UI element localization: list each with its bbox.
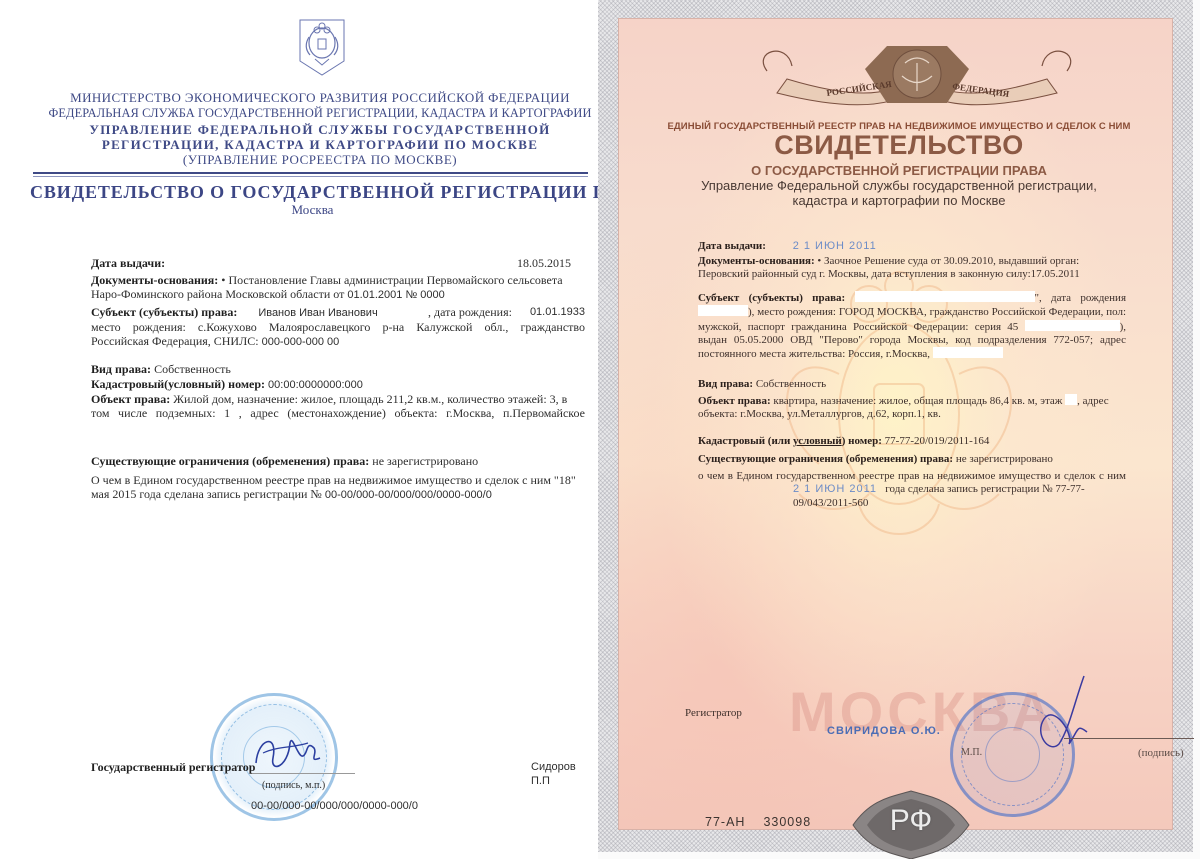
- cadastral-number: 77-77-20/019/2011-164: [885, 435, 990, 447]
- record-block: О чем в Едином государственном реестре п…: [91, 473, 585, 502]
- security-paper: МОСКВА РОССИЙСКАЯ ФЕДЕРАЦИЯ ЕДИНЫЙ ГОСУД…: [618, 18, 1173, 830]
- cadastral-number: 00:00:0000000:000: [268, 379, 363, 391]
- encumbrance-label: Существующие ограничения (обременения) п…: [91, 454, 369, 468]
- subject-birth-label: ", дата рождения: [1035, 292, 1126, 304]
- cadastral-row: Кадастровый (или условный) номер: 77-77-…: [698, 435, 1126, 448]
- encumbrance-value: не зарегистрировано: [956, 453, 1053, 465]
- header-divider: [33, 172, 588, 174]
- right-type-value: Собственность: [154, 362, 231, 376]
- signature-caption: (подпись, м.п.): [262, 779, 362, 793]
- service-name: ФЕДЕРАЛЬНАЯ СЛУЖБА ГОСУДАРСТВЕННОЙ РЕГИС…: [40, 106, 600, 121]
- blank-series: 77-АН: [705, 815, 745, 829]
- subject-label: Субъект (субъекты) права:: [698, 292, 845, 304]
- registrar-name: Сидоров П.П: [531, 760, 591, 788]
- object-line-1: Жилой дом, назначение: жилое, площадь 21…: [173, 392, 567, 406]
- issue-date-label: Дата выдачи:: [91, 256, 165, 270]
- encumbrance-row: Существующие ограничения (обременения) п…: [698, 453, 1126, 466]
- redacted-name: [855, 291, 1035, 302]
- record-line-2: мая 2015 года сделана запись регистрации…: [91, 487, 325, 501]
- right-type-label: Вид права:: [91, 362, 151, 376]
- department-line-2: кадастра и картографии по Москве: [659, 193, 1139, 208]
- registrar-label: Государственный регистратор: [91, 760, 255, 774]
- record-number: 00-00/000-00/000/000/0000-000/0: [325, 489, 492, 501]
- record-date-stamp: 2 1 ИЮН 2011: [793, 483, 877, 495]
- stamp-place-label: М.П.: [961, 747, 982, 758]
- redacted-floor: [1065, 394, 1077, 405]
- redacted-passport: [1025, 320, 1120, 331]
- registrar-row: Государственный регистратор Сидоров П.П: [91, 760, 591, 774]
- subject-citizenship: Российская Федерация, СНИЛС:: [91, 334, 262, 348]
- documents-line-2: Наро-Фоминского района Московской област…: [91, 287, 347, 301]
- blank-number: 330098: [763, 815, 811, 829]
- object-label: Объект права:: [91, 392, 170, 406]
- cadastral-label-underlined: условный: [793, 435, 842, 447]
- documents-label: Документы-основания:: [91, 273, 218, 287]
- redacted-birth-date: [698, 305, 748, 316]
- signature-icon: [1019, 674, 1099, 759]
- cadastral-row: Кадастровый(условный) номер: 00:00:00000…: [91, 377, 585, 392]
- cadastral-label: Кадастровый (или: [698, 435, 793, 447]
- encumbrance-label: Существующие ограничения (обременения) п…: [698, 453, 953, 465]
- certificate-title: СВИДЕТЕЛЬСТВО О ГОСУДАРСТВЕННОЙ РЕГИСТРА…: [30, 182, 595, 203]
- record-block: о чем в Едином государственном реестре п…: [698, 470, 1126, 510]
- registrar-label: Регистратор: [685, 707, 785, 720]
- subject-name: Иванов Иван Иванович: [258, 307, 377, 319]
- signature-line: [1064, 738, 1194, 739]
- encumbrance-value: не зарегистрировано: [372, 454, 478, 468]
- right-type-value: Собственность: [756, 378, 826, 390]
- right-type-row: Вид права: Собственность: [698, 378, 1126, 391]
- bottom-record-number: 00-00/000-00/000/000/0000-000/0: [251, 799, 451, 813]
- signature-label: (подпись): [1138, 747, 1184, 759]
- header-divider-thin: [33, 176, 588, 177]
- certificate-title: СВИДЕТЕЛЬСТВО: [659, 130, 1139, 161]
- coat-of-arms-icon: [297, 17, 347, 79]
- subject-label: Субъект (субъекты) права:: [91, 305, 237, 319]
- blank-serial: 77-АН330098: [705, 815, 811, 829]
- subject-birth-label: , дата рождения:: [428, 305, 512, 319]
- issue-date-value: 18.05.2015: [517, 256, 571, 270]
- subject-block: Субъект (субъекты) права: ", дата рожден…: [698, 291, 1126, 361]
- documents-line-1: • Постановление Главы администрации Перв…: [221, 273, 562, 287]
- registrar-name-stamp: СВИРИДОВА О.Ю.: [827, 725, 941, 737]
- object-block: Объект права: квартира, назначение: жило…: [698, 394, 1126, 422]
- object-line-2: том числе подземных: 1 , адрес (местонах…: [91, 406, 585, 420]
- subject-snils: 000-000-000 00: [262, 336, 340, 348]
- redacted-address: [933, 347, 1003, 358]
- right-type-label: Вид права:: [698, 378, 753, 390]
- issue-date-stamp: 2 1 ИЮН 2011: [793, 240, 877, 252]
- encumbrance-row: Существующие ограничения (обременения) п…: [91, 454, 585, 468]
- subject-block: Субъект (субъекты) права: Иванов Иван Ив…: [91, 305, 585, 349]
- certificate-subtitle: О ГОСУДАРСТВЕННОЙ РЕГИСТРАЦИИ ПРАВА: [659, 163, 1139, 178]
- documents-basis: Документы-основания: • Постановление Гла…: [91, 273, 585, 302]
- cadastral-label: Кадастровый(условный) номер:: [91, 377, 265, 391]
- documents-label: Документы-основания:: [698, 255, 815, 267]
- documents-date-number: 01.01.2001 № 0000: [347, 289, 444, 301]
- subject-birthplace: место рождения: с.Кожухово Малоярославец…: [91, 320, 585, 334]
- city-name: Москва: [30, 202, 595, 218]
- subject-birth-date: 01.01.1933: [530, 305, 585, 319]
- issue-date-row: Дата выдачи: 2 1 ИЮН 2011: [698, 240, 1126, 253]
- left-certificate: МИНИСТЕРСТВО ЭКОНОМИЧЕСКОГО РАЗВИТИЯ РОС…: [0, 0, 600, 859]
- right-type-row: Вид права: Собственность: [91, 362, 585, 376]
- object-block: Объект права: Жилой дом, назначение: жил…: [91, 392, 585, 420]
- object-label: Объект права:: [698, 395, 771, 407]
- issue-date-label: Дата выдачи:: [698, 240, 766, 252]
- record-line-1: о чем в Едином государственном реестре п…: [698, 470, 1126, 483]
- rf-badge-text: РФ: [881, 804, 941, 838]
- emblem-ribbon-icon: РОССИЙСКАЯ ФЕДЕРАЦИЯ: [747, 41, 1087, 111]
- ministry-name: МИНИСТЕРСТВО ЭКОНОМИЧЕСКОГО РАЗВИТИЯ РОС…: [40, 90, 600, 106]
- issue-date-row: Дата выдачи: 18.05.2015: [91, 256, 585, 270]
- object-text: квартира, назначение: жилое, общая площа…: [773, 395, 1065, 407]
- department-short-name: (УПРАВЛЕНИЕ РОСРЕЕСТРА ПО МОСКВЕ): [40, 152, 600, 168]
- department-line-1: Управление Федеральной службы государств…: [659, 178, 1139, 193]
- department-line-1: УПРАВЛЕНИЕ ФЕДЕРАЛЬНОЙ СЛУЖБЫ ГОСУДАРСТВ…: [40, 122, 600, 138]
- cadastral-label-tail: ) номер:: [842, 435, 882, 447]
- right-certificate: МОСКВА РОССИЙСКАЯ ФЕДЕРАЦИЯ ЕДИНЫЙ ГОСУД…: [598, 0, 1200, 859]
- department-line-2: РЕГИСТРАЦИИ, КАДАСТРА И КАРТОГРАФИИ ПО М…: [40, 137, 600, 153]
- documents-basis: Документы-основания: • Заочное Решение с…: [698, 255, 1126, 282]
- record-line-1: О чем в Едином государственном реестре п…: [91, 473, 585, 487]
